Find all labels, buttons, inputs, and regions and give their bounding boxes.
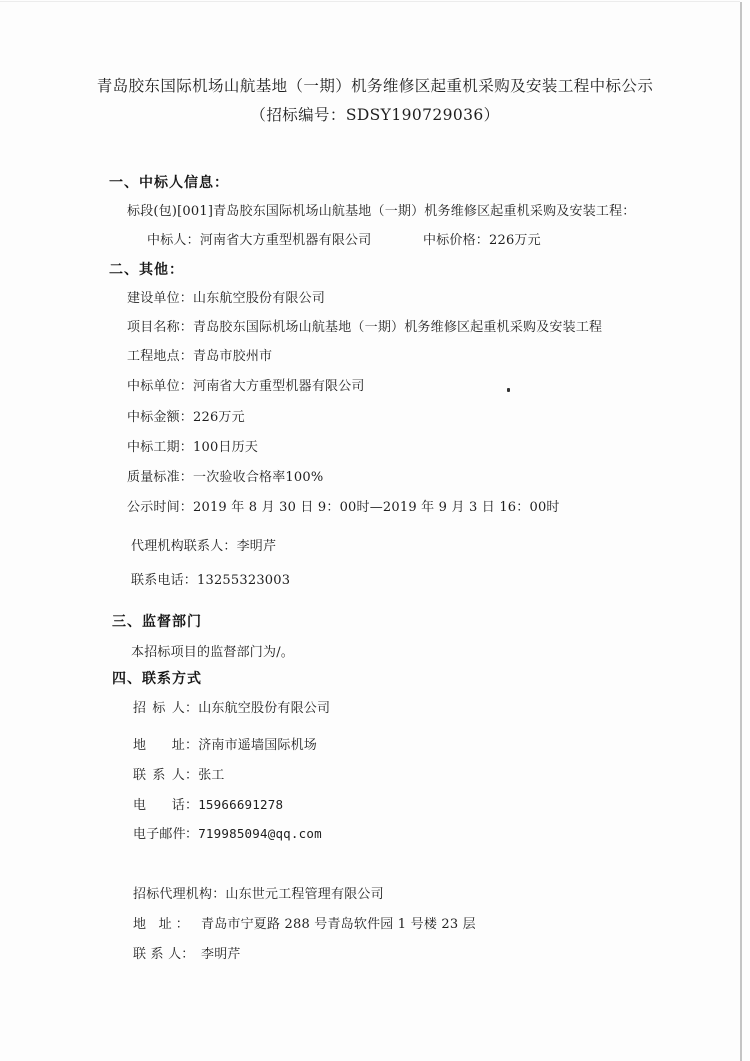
tenderer-email-row: 电子邮件：719985094@qq.com <box>133 825 322 844</box>
field-value: 226万元 <box>193 410 245 425</box>
tenderer-row: 招 标 人：山东航空股份有限公司 <box>133 700 330 718</box>
field-label: 中标单位： <box>127 379 193 394</box>
scan-right-edge <box>740 2 742 1061</box>
agency-contact-row: 联 系 人：李明芹 <box>133 946 241 964</box>
field-label: 质量标准： <box>127 470 193 485</box>
agent-contact-row: 代理机构联系人：李明芹 <box>131 538 276 556</box>
agent-phone-value: 13255323003 <box>197 573 290 588</box>
agent-contact-value: 李明芹 <box>237 539 277 554</box>
colon: ： <box>185 768 198 783</box>
agency-contact-label: 联 系 人： <box>133 946 189 964</box>
tenderer-label: 招 标 人 <box>133 700 185 718</box>
scan-speck <box>507 388 510 392</box>
field-quality-standard: 质量标准：一次验收合格率100% <box>127 469 323 487</box>
label-char: 话 <box>172 798 185 813</box>
tenderer-email-value: 719985094@qq.com <box>198 826 322 841</box>
price-value: 226万元 <box>489 233 541 248</box>
field-project-name: 项目名称：青岛胶东国际机场山航基地（一期）机务维修区起重机采购及安装工程 <box>127 319 602 337</box>
section-heading-supervision: 三、监督部门 <box>112 612 202 632</box>
winner-row: 中标人：河南省大方重型机器有限公司 <box>147 232 371 250</box>
agency-address-value: 青岛市宁夏路 288 号青岛软件园 1 号楼 23 层 <box>201 917 476 932</box>
label-char: 电 <box>133 798 157 813</box>
tenderer-contact-row: 联 系 人：张工 <box>133 767 225 785</box>
field-label: 项目名称： <box>127 320 193 335</box>
tenderer-phone-value: 15966691278 <box>198 797 283 812</box>
colon: ： <box>185 701 198 716</box>
tenderer-contact-value: 张工 <box>198 768 224 783</box>
tenderer-address-label: 地 址 <box>133 737 185 755</box>
tenderer-contact-label: 联 系 人 <box>133 767 185 785</box>
agency-contact-value: 李明芹 <box>201 947 241 962</box>
colon: ： <box>185 738 198 753</box>
agency-label: 招标代理机构： <box>133 887 225 902</box>
field-label: 工程地点： <box>127 349 193 364</box>
field-publicity-period: 公示时间：2019 年 8 月 30 日 9：00时—2019 年 9 月 3 … <box>127 499 560 517</box>
field-project-location: 工程地点：青岛市胶州市 <box>127 348 272 366</box>
field-winning-unit: 中标单位：河南省大方重型机器有限公司 <box>127 378 365 396</box>
agent-phone-label: 联系电话： <box>131 573 197 588</box>
document-page: 青岛胶东国际机场山航基地（一期）机务维修区起重机采购及安装工程中标公示 （招标编… <box>0 0 750 1061</box>
document-title: 青岛胶东国际机场山航基地（一期）机务维修区起重机采购及安装工程中标公示 <box>0 75 750 97</box>
section-heading-contact: 四、联系方式 <box>112 669 202 689</box>
scan-top-edge <box>0 1 740 2</box>
agent-contact-label: 代理机构联系人： <box>131 539 237 554</box>
section-heading-winner-info: 一、中标人信息： <box>109 173 229 193</box>
field-value: 100日历天 <box>193 440 258 455</box>
tenderer-value: 山东航空股份有限公司 <box>198 701 330 716</box>
colon: ： <box>185 827 198 842</box>
agency-value: 山东世元工程管理有限公司 <box>225 887 383 902</box>
label-char: 址： <box>159 917 189 932</box>
field-label: 中标工期： <box>127 440 193 455</box>
supervision-text: 本招标项目的监督部门为/。 <box>131 644 294 662</box>
field-value: 一次验收合格率100% <box>193 470 323 485</box>
lot-line: 标段(包)[001]青岛胶东国际机场山航基地（一期）机务维修区起重机采购及安装工… <box>127 203 636 221</box>
field-label: 中标金额： <box>127 410 193 425</box>
label-char: 地 <box>133 917 150 932</box>
agency-address-label: 地 址： <box>133 916 189 934</box>
label-char: 地 <box>133 738 157 753</box>
price-row: 中标价格：226万元 <box>423 232 541 250</box>
colon: ： <box>185 798 198 813</box>
label-char: 址 <box>172 738 185 753</box>
field-construction-unit: 建设单位：山东航空股份有限公司 <box>127 290 325 308</box>
price-label: 中标价格： <box>423 233 489 248</box>
tenderer-address-row: 地 址：济南市遥墙国际机场 <box>133 737 317 755</box>
field-value: 山东航空股份有限公司 <box>193 291 325 306</box>
tenderer-email-label: 电子邮件 <box>133 826 185 844</box>
field-value: 青岛胶东国际机场山航基地（一期）机务维修区起重机采购及安装工程 <box>193 320 602 335</box>
field-value: 青岛市胶州市 <box>193 349 272 364</box>
winner-value: 河南省大方重型机器有限公司 <box>200 233 372 248</box>
agency-address-row: 地 址：青岛市宁夏路 288 号青岛软件园 1 号楼 23 层 <box>133 916 476 934</box>
field-value: 2019 年 8 月 30 日 9：00时—2019 年 9 月 3 日 16：… <box>193 500 560 515</box>
field-construction-period: 中标工期：100日历天 <box>127 439 258 457</box>
bid-number: （招标编号：SDSY190729036） <box>0 104 750 126</box>
section-heading-other: 二、其他： <box>109 260 184 280</box>
tenderer-phone-label: 电 话 <box>133 797 185 815</box>
field-label: 建设单位： <box>127 291 193 306</box>
field-value: 河南省大方重型机器有限公司 <box>193 379 365 394</box>
field-label: 公示时间： <box>127 500 193 515</box>
winner-label: 中标人： <box>147 233 200 248</box>
agent-phone-row: 联系电话：13255323003 <box>131 572 290 590</box>
agency-row: 招标代理机构：山东世元工程管理有限公司 <box>133 886 384 904</box>
field-winning-amount: 中标金额：226万元 <box>127 409 245 427</box>
tenderer-phone-row: 电 话：15966691278 <box>133 796 283 815</box>
tenderer-address-value: 济南市遥墙国际机场 <box>198 738 317 753</box>
